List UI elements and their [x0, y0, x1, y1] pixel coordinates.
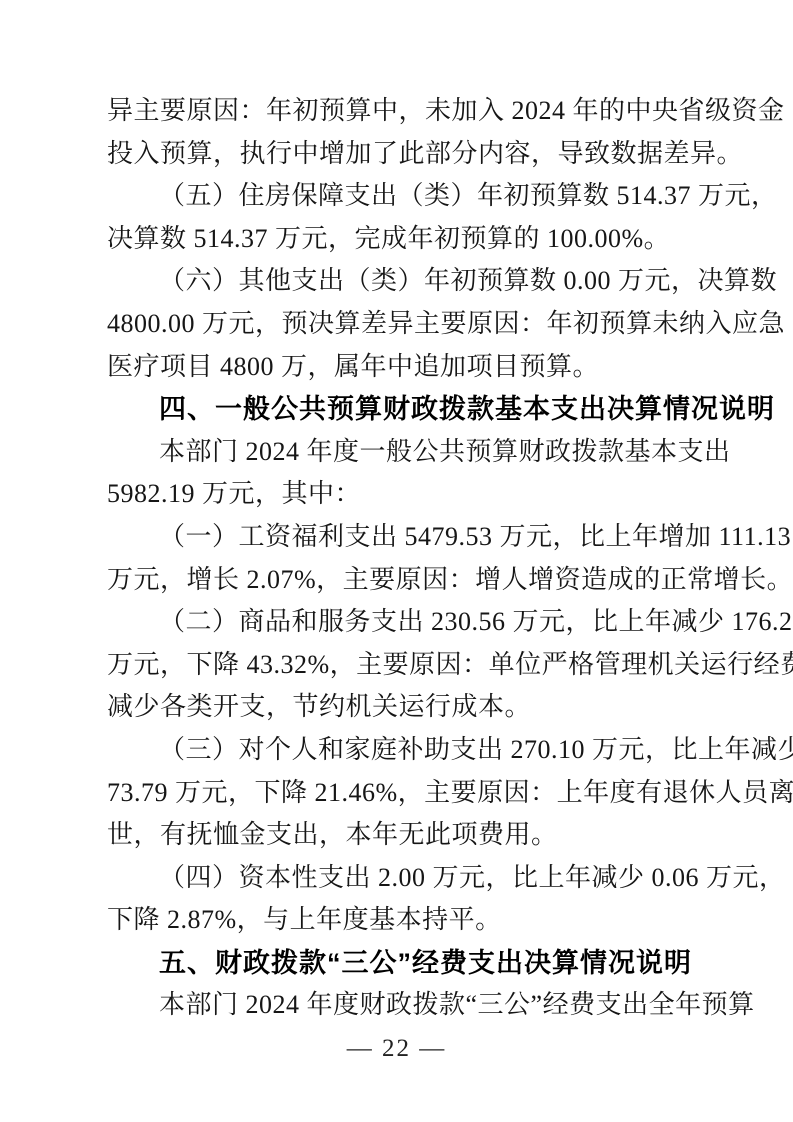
page-number: — 22 — — [0, 1032, 793, 1066]
document-body: 异主要原因：年初预算中，未加入 2024 年的中央省级资金投入预算，执行中增加了… — [107, 90, 707, 1027]
section-heading: 四、一般公共预算财政拨款基本支出决算情况说明 — [107, 388, 707, 431]
text-line: 决算数 514.37 万元，完成年初预算的 100.00%。 — [107, 218, 707, 261]
text-line: 下降 2.87%，与上年度基本持平。 — [107, 899, 707, 942]
text-line: 世，有抚恤金支出，本年无此项费用。 — [107, 814, 707, 857]
section-heading: 五、财政拨款“三公”经费支出决算情况说明 — [107, 942, 707, 985]
text-line: 73.79 万元，下降 21.46%，主要原因：上年度有退休人员离 — [107, 772, 707, 815]
text-line: （六）其他支出（类）年初预算数 0.00 万元，决算数 — [107, 260, 707, 303]
text-line: （二）商品和服务支出 230.56 万元，比上年减少 176.23 — [107, 601, 707, 644]
text-line: （一）工资福利支出 5479.53 万元，比上年增加 111.13 — [107, 516, 707, 559]
text-line: 万元，增长 2.07%，主要原因：增人增资造成的正常增长。 — [107, 559, 707, 602]
text-line: 5982.19 万元，其中： — [107, 473, 707, 516]
text-line: 医疗项目 4800 万，属年中追加项目预算。 — [107, 346, 707, 389]
text-line: 本部门 2024 年度一般公共预算财政拨款基本支出 — [107, 431, 707, 474]
text-line: 异主要原因：年初预算中，未加入 2024 年的中央省级资金 — [107, 90, 707, 133]
text-line: 4800.00 万元，预决算差异主要原因：年初预算未纳入应急 — [107, 303, 707, 346]
text-line: 减少各类开支，节约机关运行成本。 — [107, 686, 707, 729]
text-line: 投入预算，执行中增加了此部分内容，导致数据差异。 — [107, 133, 707, 176]
document-page: 异主要原因：年初预算中，未加入 2024 年的中央省级资金投入预算，执行中增加了… — [0, 0, 793, 1122]
text-line: （四）资本性支出 2.00 万元，比上年减少 0.06 万元， — [107, 857, 707, 900]
text-line: 本部门 2024 年度财政拨款“三公”经费支出全年预算 — [107, 984, 707, 1027]
text-line: （五）住房保障支出（类）年初预算数 514.37 万元， — [107, 175, 707, 218]
text-line: （三）对个人和家庭补助支出 270.10 万元，比上年减少 — [107, 729, 707, 772]
text-line: 万元，下降 43.32%，主要原因：单位严格管理机关运行经费， — [107, 644, 707, 687]
